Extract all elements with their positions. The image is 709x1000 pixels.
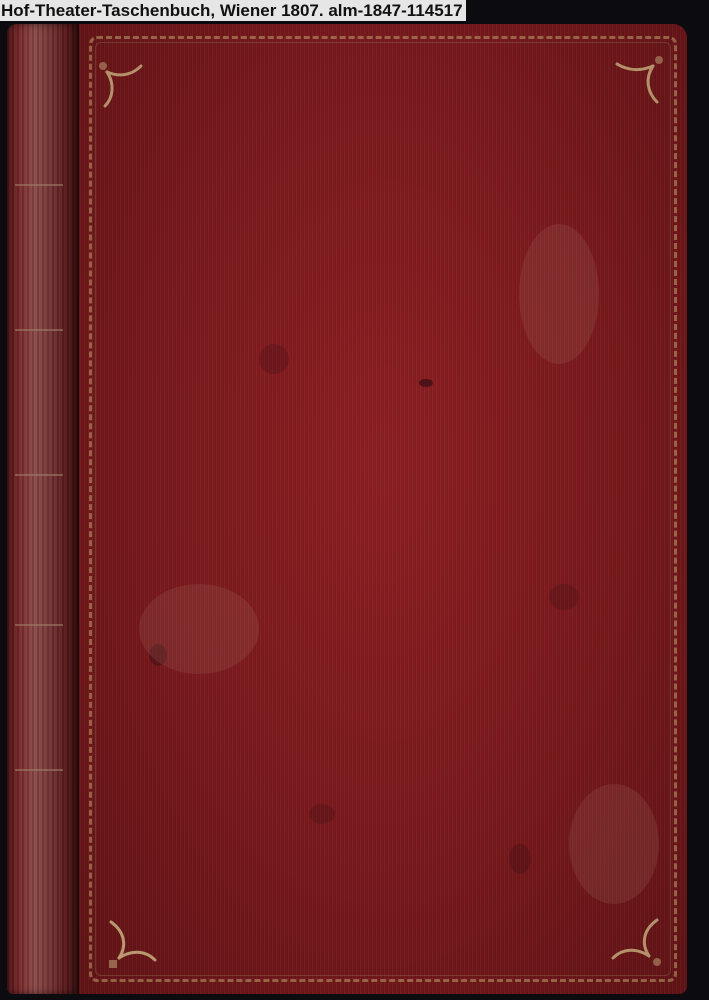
book — [7, 24, 687, 994]
book-front-cover — [79, 24, 687, 994]
corner-ornament-top-right-icon — [609, 50, 669, 110]
corner-ornament-bottom-right-icon — [607, 912, 667, 972]
spine-band — [15, 624, 63, 626]
spine-band — [15, 769, 63, 771]
spine-band — [15, 184, 63, 186]
book-spine — [7, 24, 79, 994]
corner-ornament-top-left-icon — [93, 54, 153, 114]
gilt-border-frame — [89, 36, 677, 982]
spine-band — [15, 474, 63, 476]
corner-ornament-bottom-left-icon — [101, 914, 161, 974]
inner-fillet — [95, 42, 671, 976]
spine-band — [15, 329, 63, 331]
image-caption: Hof-Theater-Taschenbuch, Wiener 1807. al… — [0, 0, 466, 21]
